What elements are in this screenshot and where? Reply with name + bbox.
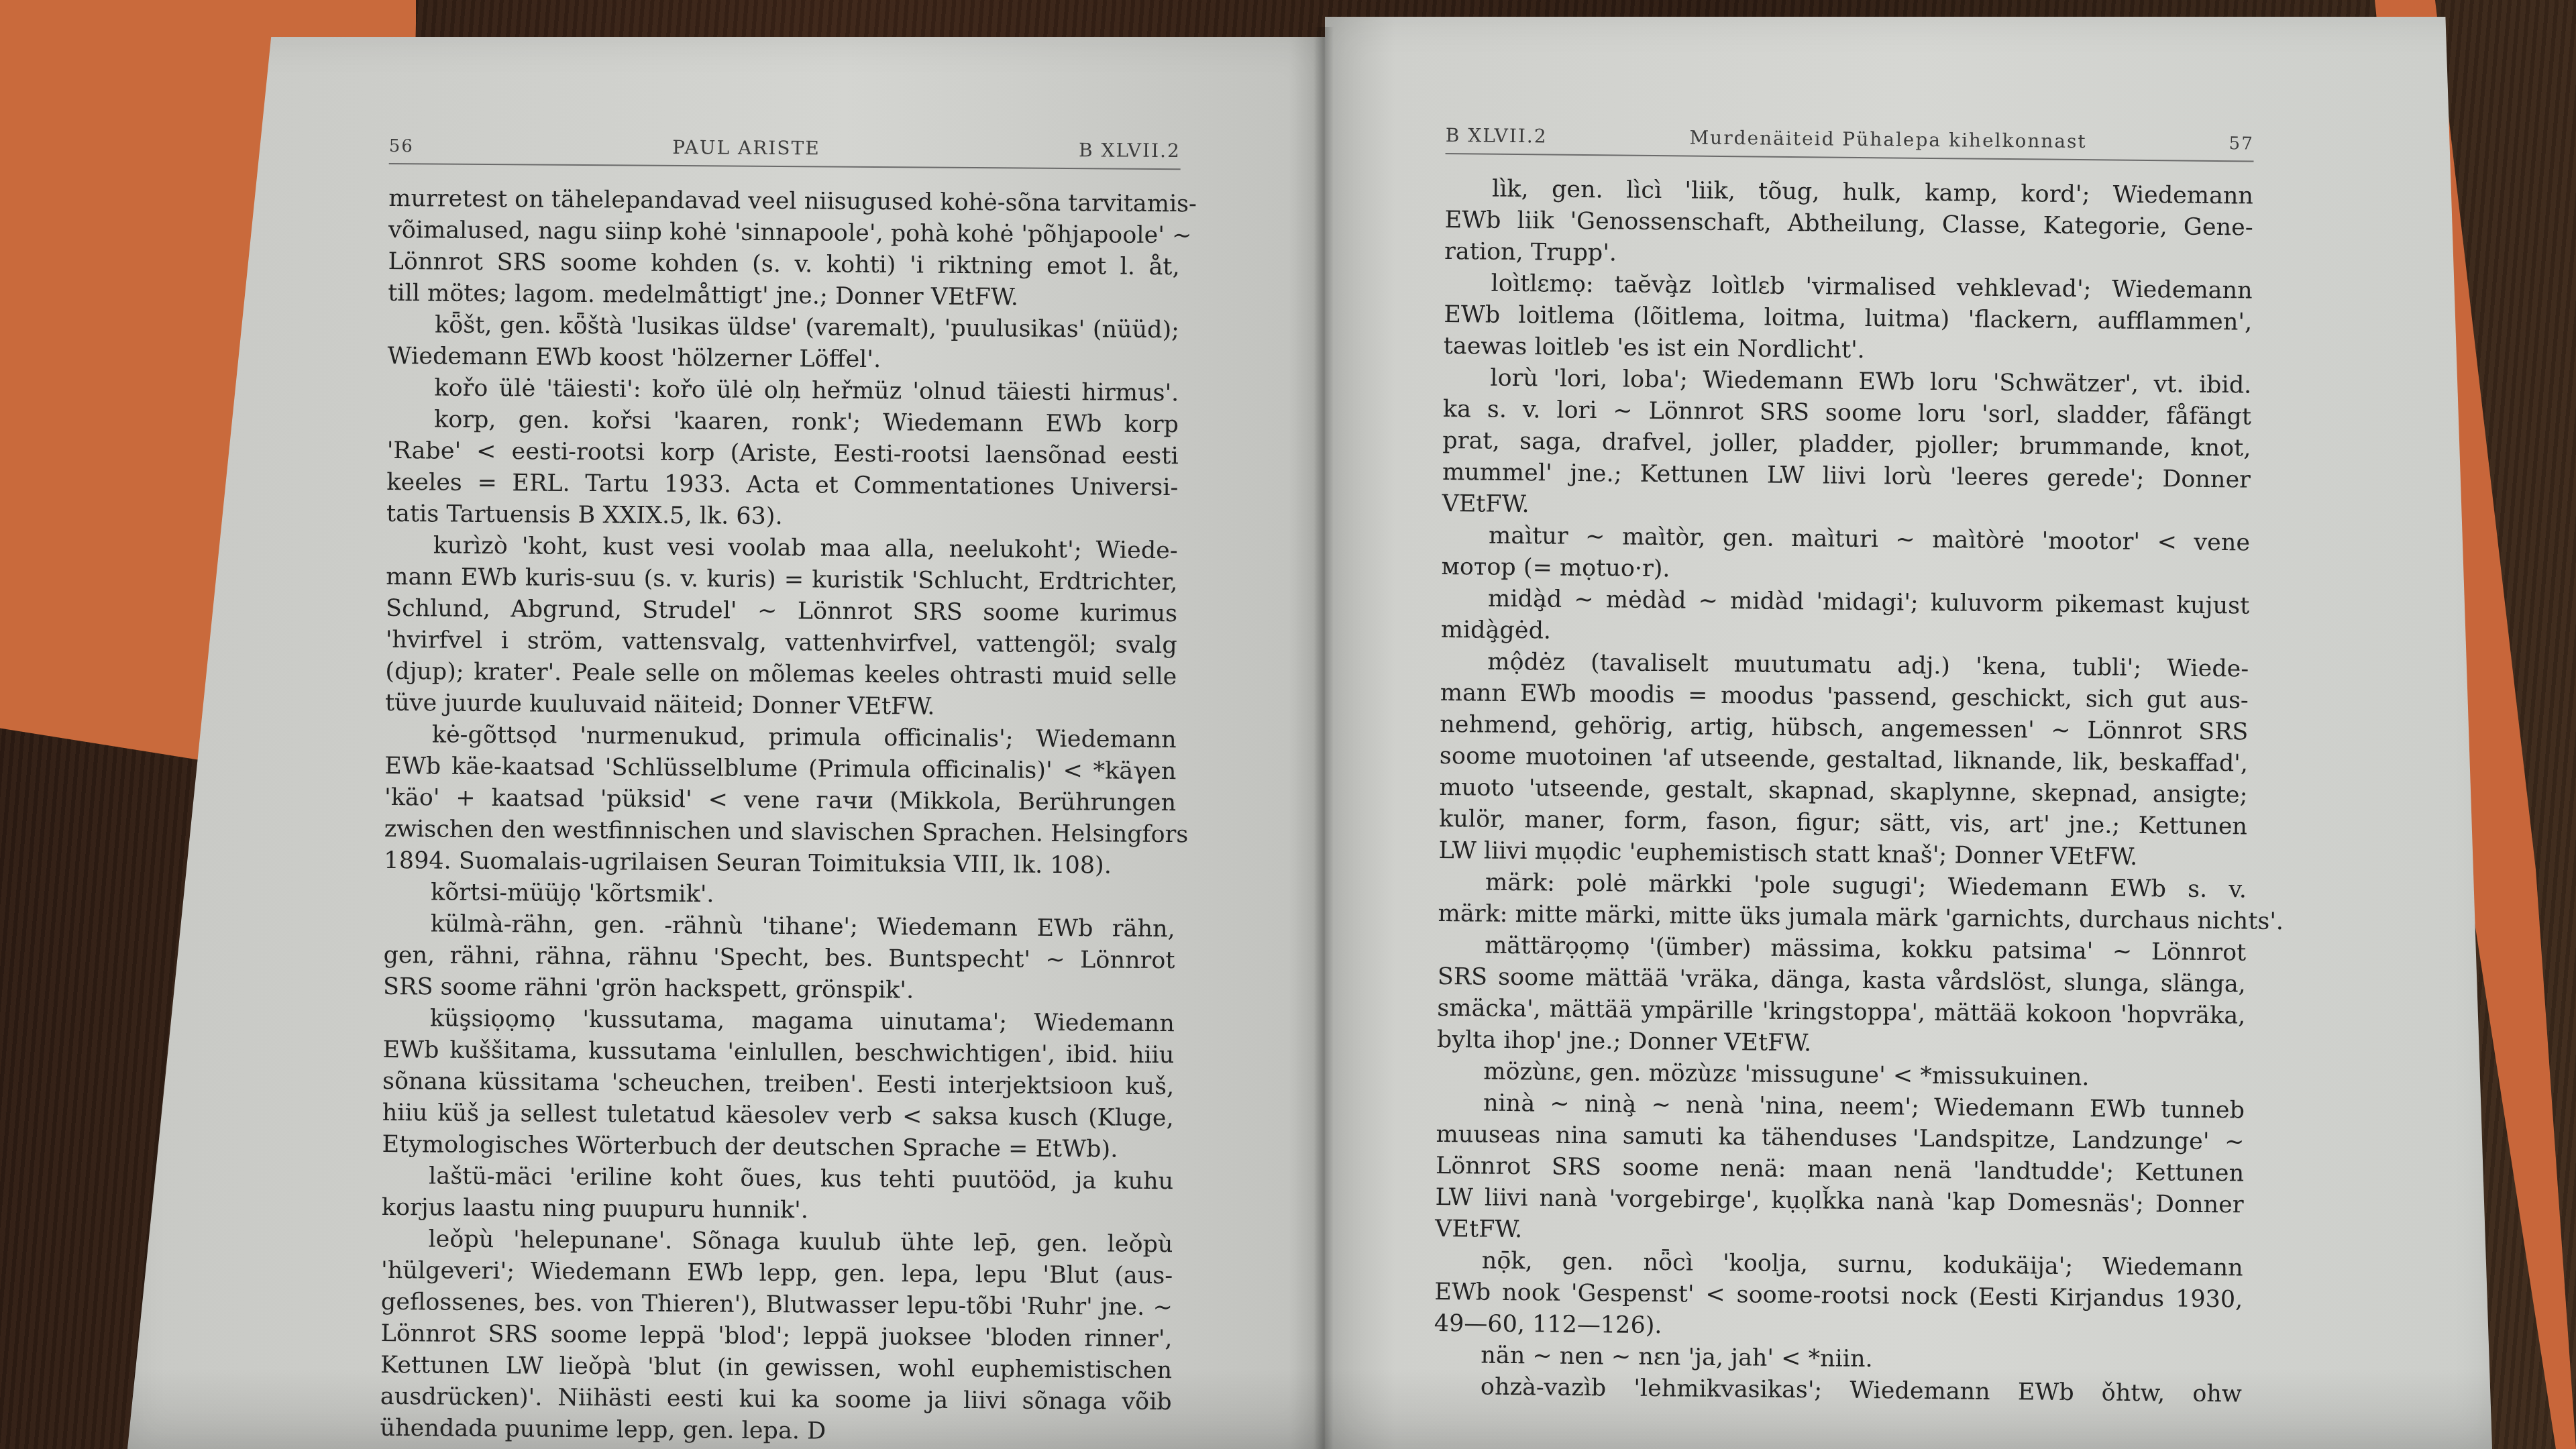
text-line: 'hvirfvel i ström, vattensvalg, vattenhv… [386, 625, 1177, 661]
text-line: Schlund, Abgrund, Strudel' ~ Lönnrot SRS… [386, 593, 1177, 630]
text-line: Kettunen LW lieǒpà 'blut (in gewissen, w… [380, 1350, 1172, 1387]
text-line: gen, rähni, rähna, rähnu 'Specht, bes. B… [383, 940, 1175, 977]
text-line: Lönnrot SRS soome kohden (s. v. kohti) '… [388, 246, 1180, 283]
right-body-text: lìk, gen. lìcì 'liik, tõug, hulk, kamp, … [1434, 173, 2254, 1410]
text-line: Lönnrot SRS soome leppä 'blod'; leppä ju… [380, 1318, 1172, 1355]
book-spine-gutter [1313, 27, 1334, 1449]
text-line: võimalused, nagu siinp kohė 'sinnapoole'… [388, 215, 1180, 252]
text-line: korjus laastu ning puupuru hunnik'. [382, 1192, 1173, 1229]
text-line: kõrtsi-müüjọ 'kõrtsmik'. [384, 877, 1175, 914]
text-line: mann EWb kuris-suu (s. v. kuris) = kuris… [386, 561, 1177, 598]
running-title: Murdenäiteid Pühalepa kihelkonnast [1689, 126, 2086, 152]
text-line: 1894. Suomalais-ugrilaisen Seuran Toimit… [384, 845, 1175, 882]
text-line: leǒpù 'helepunane'. Sõnaga kuulub ühte l… [381, 1224, 1173, 1260]
text-line: ausdrücken)'. Niihästi eesti kui ka soom… [380, 1381, 1172, 1418]
text-line: Etymologisches Wörterbuch der deutschen … [382, 1129, 1173, 1166]
text-line: 'Rabe' < eesti-rootsi korp (Ariste, Eest… [387, 435, 1179, 472]
series-label: B XLVII.2 [1446, 124, 1548, 147]
text-line: SRS soome rähni 'grön hackspett, grönspi… [383, 971, 1175, 1008]
running-title: PAUL ARISTE [672, 136, 820, 160]
text-line: küşsiọọmọ 'kussutama, magama uinutama'; … [383, 1003, 1175, 1040]
text-line: tatis Tartuensis B XXIX.5, lk. 63). [386, 498, 1178, 535]
text-line: ühendada puunime lepp, gen. lepa. D [380, 1413, 1171, 1449]
left-body-text: murretest on tähelepandavad veel niisugu… [380, 183, 1180, 1449]
text-line: (djup); krater'. Peale selle on mõlemas … [385, 656, 1177, 693]
left-running-head: 56 PAUL ARISTE B XLVII.2 [389, 134, 1181, 170]
text-line: Wiedemann EWb koost 'hölzerner Löffel'. [388, 341, 1179, 378]
page-number: 57 [2229, 133, 2254, 154]
text-line: till mötes; lagom. medelmåttigt' jne.; D… [388, 278, 1179, 315]
right-page-text: B XLVII.2 Murdenäiteid Pühalepa kihelkon… [1434, 124, 2254, 1410]
text-line: EWb kuššitama, kussutama 'einlullen, bes… [382, 1034, 1174, 1071]
text-line: kurìzò 'koht, kust vesi voolab maa alla,… [386, 530, 1178, 567]
text-line: hiiu küš ja sellest tuletatud käesolev v… [382, 1097, 1174, 1134]
text-line: kė-gõttsọd 'nurmenukud, primula officina… [385, 719, 1177, 756]
text-line: tüve juurde kuuluvaid näiteid; Donner VE… [385, 688, 1177, 724]
series-label: B XLVII.2 [1079, 139, 1181, 162]
text-line: sõnana küssitama 'scheuchen, treiben'. E… [382, 1066, 1174, 1103]
text-line: korp, gen. kořsi 'kaaren, ronk'; Wiedema… [387, 404, 1179, 441]
text-line: EWb käe-kaatsad 'Schlüsselblume (Primula… [384, 751, 1176, 788]
text-line: kořo ülė 'täiesti': kořo ülė olņ heřmüz … [387, 372, 1179, 409]
text-line: geflossenes, bes. von Thieren'), Blutwas… [381, 1287, 1173, 1324]
text-line: murretest on tähelepandavad veel niisugu… [388, 183, 1180, 220]
text-line: zwischen den westfinnischen und slavisch… [384, 814, 1176, 851]
text-line: keeles = ERL. Tartu 1933. Acta et Commen… [386, 467, 1178, 504]
text-line: 'käo' + kaatsad 'püksid' < vene гачи (Mi… [384, 782, 1176, 819]
text-line: laštü-mäci 'eriline koht õues, kus tehti… [382, 1161, 1173, 1197]
text-line: 'hülgeveri'; Wiedemann EWb lepp, gen. le… [381, 1255, 1173, 1292]
page-number: 56 [389, 136, 414, 156]
left-page-text: 56 PAUL ARISTE B XLVII.2 murretest on tä… [380, 134, 1181, 1449]
text-line: külmà-rähn, gen. -rähnù 'tihane'; Wiedem… [384, 908, 1175, 945]
text-line: kȫšt, gen. kȫštà 'lusikas üldse' (varema… [388, 309, 1179, 346]
